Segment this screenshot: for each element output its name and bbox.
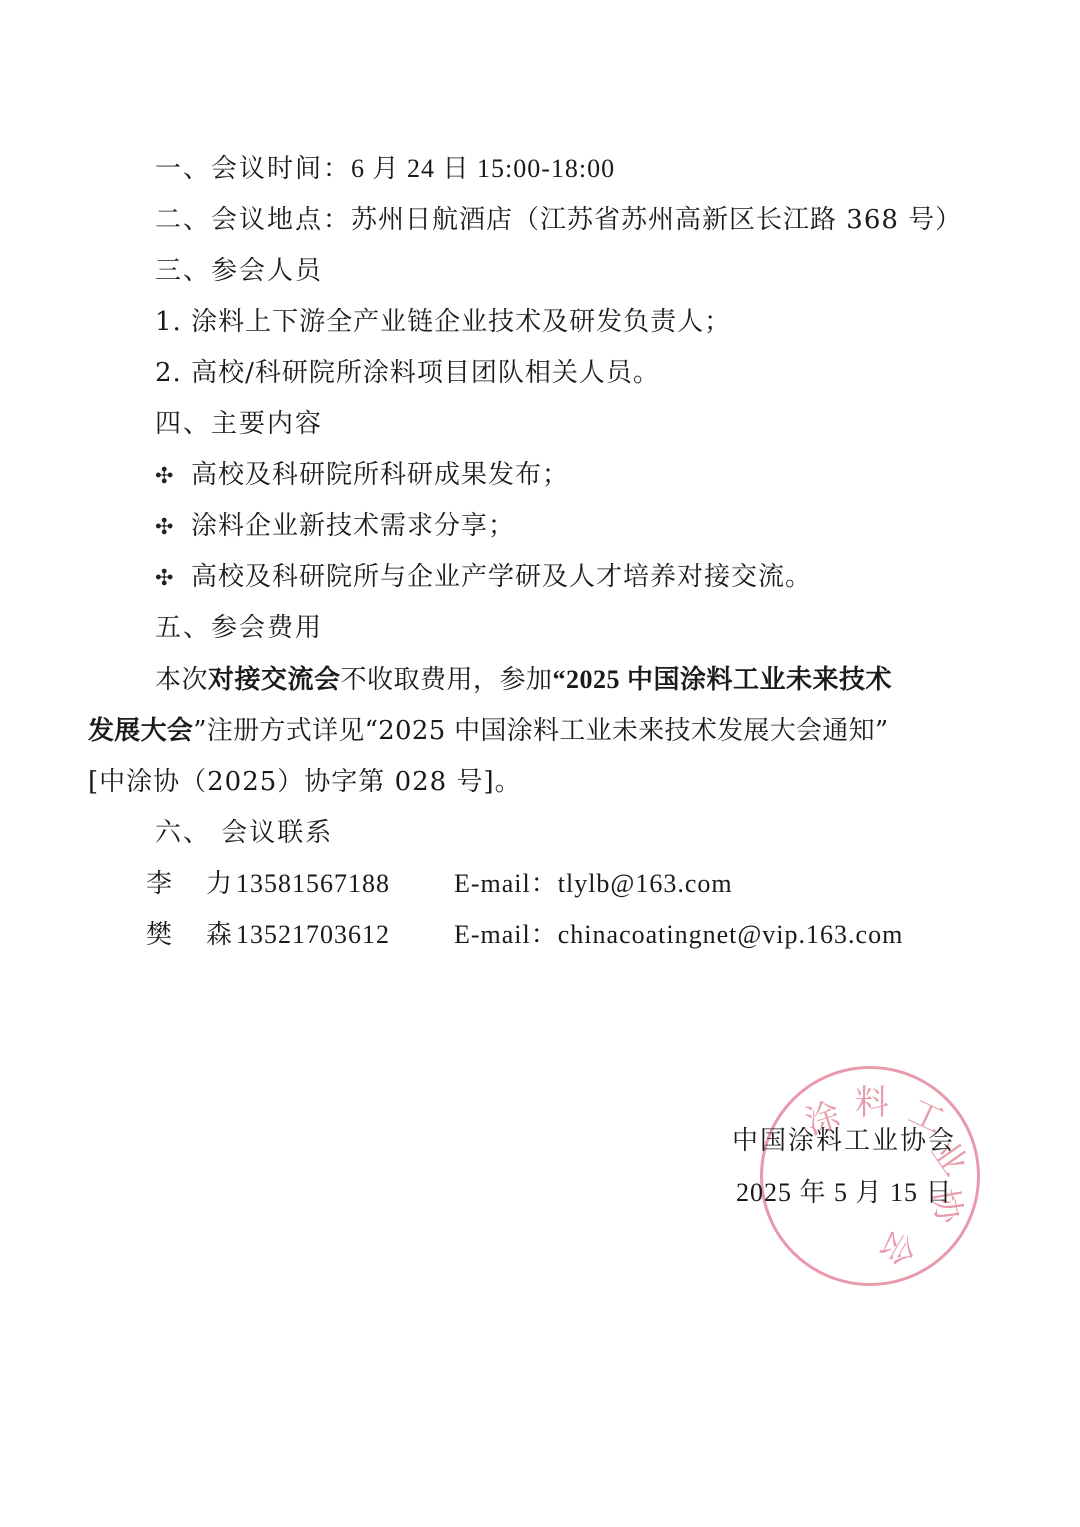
- contact-name: 樊森: [146, 918, 236, 952]
- contact-name: 李力: [146, 867, 236, 901]
- stamp-char: 料: [855, 1075, 889, 1124]
- content-item: ✣涂料企业新技术需求分享；: [155, 509, 515, 545]
- document-page: 一、会议时间：6 月 24 日 15:00-18:00 二、会议地点：苏州日航酒…: [0, 0, 1080, 1527]
- section-contacts-heading: 六、 会议联系: [155, 816, 333, 850]
- contact-phone: 13581567188: [236, 867, 454, 901]
- fee-paragraph-line-2: 发展大会”注册方式详见“2025 中国涂料工业未来技术发展大会通知”: [88, 714, 889, 748]
- contact-row: 樊森13521703612E-mail：chinacoatingnet@vip.…: [146, 918, 903, 952]
- fee-text: 本次: [155, 665, 208, 695]
- section-time-heading: 一、会议时间：: [155, 154, 351, 184]
- contact-email[interactable]: chinacoatingnet@vip.163.com: [558, 920, 904, 949]
- conference-name-bold: “2025 中国涂料工业未来技术: [553, 665, 893, 694]
- fee-paragraph-line-1: 本次对接交流会不收取费用，参加“2025 中国涂料工业未来技术: [155, 663, 892, 697]
- fee-bold-text: 对接交流会: [208, 665, 341, 695]
- fee-text: ”注册方式详见“2025 中国涂料工业未来技术发展大会通知”: [193, 716, 888, 746]
- fee-text: 不收取费用，参加: [341, 665, 553, 695]
- section-attendees-heading: 三、参会人员: [155, 254, 323, 288]
- content-item: ✣高校及科研院所科研成果发布；: [155, 458, 569, 494]
- content-item: ✣高校及科研院所与企业产学研及人才培养对接交流。: [155, 560, 812, 596]
- content-item-text: 高校及科研院所科研成果发布；: [191, 460, 569, 490]
- contact-row: 李力13581567188E-mail：tlylb@163.com: [146, 867, 733, 901]
- contact-phone: 13521703612: [236, 918, 454, 952]
- bullet-icon: ✣: [155, 562, 191, 596]
- section-venue: 二、会议地点：苏州日航酒店（江苏省苏州高新区长江路 368 号）: [155, 203, 962, 237]
- section-time-value: 6 月 24 日 15:00-18:00: [351, 154, 615, 183]
- contact-email-label: E-mail：: [454, 920, 558, 949]
- attendee-item: 2. 高校/科研院所涂料项目团队相关人员。: [155, 356, 660, 390]
- bullet-icon: ✣: [155, 460, 191, 494]
- section-time: 一、会议时间：6 月 24 日 15:00-18:00: [155, 152, 615, 186]
- section-content-heading: 四、主要内容: [155, 407, 323, 441]
- conference-name-bold: 发展大会: [88, 716, 193, 746]
- section-venue-heading: 二、会议地点：: [155, 205, 351, 235]
- signature-date: 2025 年 5 月 15 日: [736, 1172, 953, 1209]
- fee-paragraph-line-3: [中涂协（2025）协字第 028 号]。: [88, 765, 522, 799]
- content-item-text: 涂料企业新技术需求分享；: [191, 511, 515, 541]
- contact-email[interactable]: tlylb@163.com: [558, 869, 733, 898]
- content-item-text: 高校及科研院所与企业产学研及人才培养对接交流。: [191, 562, 812, 592]
- attendee-item: 1. 涂料上下游全产业链企业技术及研发负责人；: [155, 305, 731, 339]
- bullet-icon: ✣: [155, 511, 191, 545]
- stamp-char: 会: [870, 1223, 929, 1277]
- section-venue-value: 苏州日航酒店（江苏省苏州高新区长江路 368 号）: [351, 205, 962, 235]
- section-fee-heading: 五、参会费用: [155, 611, 323, 645]
- contact-email-label: E-mail：: [454, 869, 558, 898]
- signature-organization: 中国涂料工业协会: [732, 1120, 956, 1157]
